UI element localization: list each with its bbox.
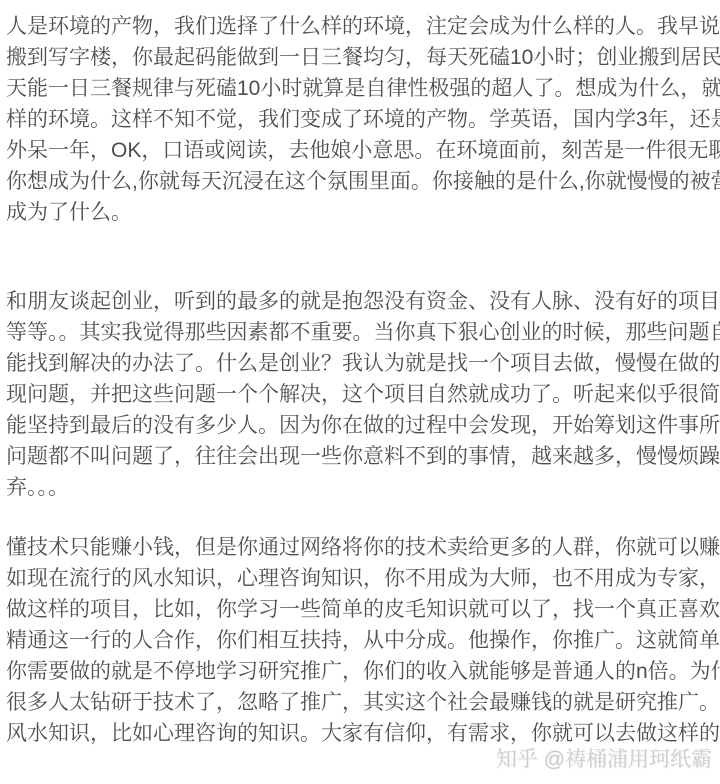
text-line: 和朋友谈起创业，听到的最多的就是抱怨没有资金、没有人脉、没有好的项目 xyxy=(6,286,720,317)
text-line: 风水知识，比如心理咨询的知识。大家有信仰，有需求，你就可以去做这样的项目。 xyxy=(6,718,720,749)
text-line: 很多人太钻研于技术了，忽略了推广，其实这个社会最赚钱的就是研究推广。现在流行 xyxy=(6,687,720,718)
text-line: 现问题，并把这些问题一个个解决，这个项目自然就成功了。听起来似乎很简单，但是 xyxy=(6,379,720,410)
article-body: 人是环境的产物，我们选择了什么样的环境，注定会成为什么样的人。我早说了，创业 搬… xyxy=(0,0,720,749)
text-line: 天能一日三餐规律与死磕10小时就算是自律性极强的超人了。想成为什么，就选择什么 xyxy=(6,73,720,104)
text-line: 样的环境。这样不知不觉，我们变成了环境的产物。学英语，国内学3年，还是傻逼。国 xyxy=(6,104,720,135)
text-line: 问题都不叫问题了，往往会出现一些你意料不到的事情，越来越多，慢慢烦躁，最后放 xyxy=(6,441,720,472)
paragraph-2: 和朋友谈起创业，听到的最多的就是抱怨没有资金、没有人脉、没有好的项目 等等。。其… xyxy=(6,286,720,503)
text-line: 能坚持到最后的没有多少人。因为你在做的过程中会发现，开始筹划这件事所考虑到的 xyxy=(6,410,720,441)
text-line: 如现在流行的风水知识，心理咨询知识，你不用成为大师，也不用成为专家，你也可以 xyxy=(6,563,720,594)
text-line: 你需要做的就是不停地学习研究推广，你们的收入就能够是普通人的n倍。为什么？就是 xyxy=(6,656,720,687)
zhihu-watermark: 知乎 @祷桶浦用珂纸霸 xyxy=(496,747,712,773)
text-line: 人是环境的产物，我们选择了什么样的环境，注定会成为什么样的人。我早说了，创业 xyxy=(6,11,720,42)
text-line: 做这样的项目，比如，你学习一些简单的皮毛知识就可以了，找一个真正喜欢这一行， xyxy=(6,594,720,625)
text-line: 能找到解决的办法了。什么是创业？我认为就是找一个项目去做，慢慢在做的过程中发 xyxy=(6,348,720,379)
paragraph-3: 懂技术只能赚小钱，但是你通过网络将你的技术卖给更多的人群，你就可以赚大钱，比 如… xyxy=(6,532,720,749)
text-line: 你想成为什么,你就每天沉浸在这个氛围里面。你接触的是什么,你就慢慢的被营销，你就 xyxy=(6,166,720,197)
paragraph-1: 人是环境的产物，我们选择了什么样的环境，注定会成为什么样的人。我早说了，创业 搬… xyxy=(6,11,720,228)
text-line: 精通这一行的人合作，你们相互扶持，从中分成。他操作，你推广。这就简单多了吧。 xyxy=(6,625,720,656)
text-line: 懂技术只能赚小钱，但是你通过网络将你的技术卖给更多的人群，你就可以赚大钱，比 xyxy=(6,532,720,563)
text-line: 弃。。。 xyxy=(6,472,720,503)
text-line: 搬到写字楼，你最起码能做到一日三餐均匀，每天死磕10小时；创业搬到居民小区，每 xyxy=(6,42,720,73)
text-line: 等等。。其实我觉得那些因素都不重要。当你真下狠心创业的时候，那些问题自然也就 xyxy=(6,317,720,348)
text-line: 成为了什么。 xyxy=(6,197,720,228)
text-line: 外呆一年，OK，口语或阅读，去他娘小意思。在环境面前，刻苦是一件很无聊的事儿！ xyxy=(6,135,720,166)
